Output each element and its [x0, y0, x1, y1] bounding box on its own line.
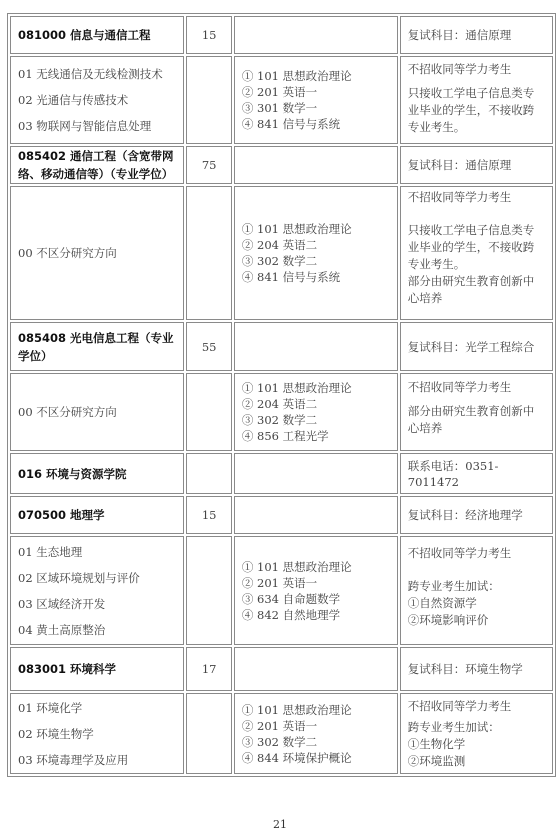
- exam-subject: ② 204 英语二: [242, 396, 390, 412]
- exam-subject: ④ 841 信号与系统: [242, 116, 390, 132]
- exam-subject: ④ 844 环境保护概论: [242, 750, 390, 766]
- research-directions: 01 环境化学 02 环境生物学 03 环境毒理学及应用: [10, 693, 184, 774]
- exam-subject: ② 201 英语一: [242, 84, 390, 100]
- direction-item: 03 环境毒理学及应用: [18, 752, 176, 768]
- direction-row: 01 环境化学 02 环境生物学 03 环境毒理学及应用 ① 101 思想政治理…: [10, 693, 553, 774]
- retest-note: 复试科目：通信原理: [400, 16, 553, 54]
- quota: [186, 186, 232, 320]
- direction-item: 02 环境生物学: [18, 726, 176, 742]
- direction-item: 01 无线通信及无线检测技术: [18, 66, 176, 82]
- research-directions: 00 不区分研究方向: [10, 373, 184, 451]
- quota: [186, 536, 232, 645]
- direction-item: 03 物联网与智能信息处理: [18, 118, 176, 134]
- exam-subject: ③ 302 数学二: [242, 412, 390, 428]
- exam-subjects: ① 101 思想政治理论 ② 204 英语二 ③ 302 数学二 ④ 841 信…: [234, 186, 398, 320]
- remark: 只接收工学电子信息类专业毕业的学生，不接收跨专业考生。: [408, 85, 545, 136]
- remarks: 不招收同等学力考生 只接收工学电子信息类专业毕业的学生，不接收跨专业考生。 部分…: [400, 186, 553, 320]
- research-directions: 00 不区分研究方向: [10, 186, 184, 320]
- exam-subject: ③ 302 数学二: [242, 734, 390, 750]
- major-name: 085408 光电信息工程（专业学位）: [10, 322, 184, 371]
- remark: 跨专业考生加试：: [408, 578, 545, 595]
- direction-item: 01 生态地理: [18, 544, 176, 560]
- major-row: 083001 环境科学 17 复试科目：环境生物学: [10, 647, 553, 691]
- college-name: 016 环境与资源学院: [10, 453, 184, 494]
- exam-subject: ③ 301 数学一: [242, 100, 390, 116]
- retest-note: 复试科目：环境生物学: [400, 647, 553, 691]
- quota: [186, 373, 232, 451]
- quota: 17: [186, 647, 232, 691]
- retest-note: 复试科目：通信原理: [400, 146, 553, 184]
- quota: [186, 693, 232, 774]
- exam-subjects: [234, 16, 398, 54]
- page-number: 21: [0, 818, 560, 831]
- remark: ①生物化学: [408, 736, 545, 753]
- major-name: 083001 环境科学: [10, 647, 184, 691]
- remark: ①自然资源学: [408, 595, 545, 612]
- major-row: 070500 地理学 15 复试科目：经济地理学: [10, 496, 553, 534]
- exam-subject: ② 204 英语二: [242, 237, 390, 253]
- remark: 不招收同等学力考生: [408, 61, 545, 78]
- major-name: 081000 信息与通信工程: [10, 16, 184, 54]
- quota: 15: [186, 496, 232, 534]
- direction-row: 01 生态地理 02 区域环境规划与评价 03 区域经济开发 04 黄土高原整治…: [10, 536, 553, 645]
- remark: 跨专业考生加试：: [408, 719, 545, 736]
- major-row: 085402 通信工程（含宽带网络、移动通信等）（专业学位） 75 复试科目：通…: [10, 146, 553, 184]
- exam-subject: ① 101 思想政治理论: [242, 380, 390, 396]
- remark: 不招收同等学力考生: [408, 545, 545, 562]
- remark: 部分由研究生教育创新中心培养: [408, 273, 545, 307]
- remark: 不招收同等学力考生: [408, 379, 545, 396]
- quota: [186, 453, 232, 494]
- contact-phone: 联系电话：0351-7011472: [400, 453, 553, 494]
- exam-subjects: ① 101 思想政治理论 ② 204 英语二 ③ 302 数学二 ④ 856 工…: [234, 373, 398, 451]
- research-directions: 01 生态地理 02 区域环境规划与评价 03 区域经济开发 04 黄土高原整治: [10, 536, 184, 645]
- exam-subject: ① 101 思想政治理论: [242, 68, 390, 84]
- exam-subjects: [234, 146, 398, 184]
- retest-note: 复试科目：光学工程综合: [400, 322, 553, 371]
- retest-note: 复试科目：经济地理学: [400, 496, 553, 534]
- college-row: 016 环境与资源学院 联系电话：0351-7011472: [10, 453, 553, 494]
- exam-subject: ④ 856 工程光学: [242, 428, 390, 444]
- direction-item: 02 光通信与传感技术: [18, 92, 176, 108]
- quota: [186, 56, 232, 144]
- remarks: 不招收同等学力考生 只接收工学电子信息类专业毕业的学生，不接收跨专业考生。: [400, 56, 553, 144]
- exam-subject: ① 101 思想政治理论: [242, 221, 390, 237]
- exam-subject: ① 101 思想政治理论: [242, 702, 390, 718]
- remarks: 不招收同等学力考生 部分由研究生教育创新中心培养: [400, 373, 553, 451]
- exam-subject: ② 201 英语一: [242, 718, 390, 734]
- exam-subject: ② 201 英语一: [242, 575, 390, 591]
- exam-subject: ③ 302 数学二: [242, 253, 390, 269]
- major-name: 085402 通信工程（含宽带网络、移动通信等）（专业学位）: [10, 146, 184, 184]
- direction-item: 02 区域环境规划与评价: [18, 570, 176, 586]
- quota: 15: [186, 16, 232, 54]
- direction-item: 00 不区分研究方向: [18, 245, 176, 261]
- exam-subject: ④ 841 信号与系统: [242, 269, 390, 285]
- direction-item: 00 不区分研究方向: [18, 404, 176, 420]
- admission-catalog-table: 081000 信息与通信工程 15 复试科目：通信原理 01 无线通信及无线检测…: [7, 13, 556, 777]
- direction-row: 00 不区分研究方向 ① 101 思想政治理论 ② 204 英语二 ③ 302 …: [10, 373, 553, 451]
- exam-subjects: [234, 322, 398, 371]
- exam-subjects: [234, 647, 398, 691]
- exam-subjects: [234, 496, 398, 534]
- remark: 部分由研究生教育创新中心培养: [408, 403, 545, 437]
- remarks: 不招收同等学力考生 跨专业考生加试： ①生物化学 ②环境监测: [400, 693, 553, 774]
- exam-subject: ① 101 思想政治理论: [242, 559, 390, 575]
- remark: ②环境监测: [408, 753, 545, 770]
- research-directions: 01 无线通信及无线检测技术 02 光通信与传感技术 03 物联网与智能信息处理: [10, 56, 184, 144]
- remark: 只接收工学电子信息类专业毕业的学生，不接收跨专业考生。: [408, 222, 545, 273]
- remarks: 不招收同等学力考生 跨专业考生加试： ①自然资源学 ②环境影响评价: [400, 536, 553, 645]
- direction-row: 00 不区分研究方向 ① 101 思想政治理论 ② 204 英语二 ③ 302 …: [10, 186, 553, 320]
- major-name: 070500 地理学: [10, 496, 184, 534]
- exam-subjects: ① 101 思想政治理论 ② 201 英语一 ③ 634 自命题数学 ④ 842…: [234, 536, 398, 645]
- direction-item: 04 黄土高原整治: [18, 622, 176, 638]
- exam-subjects: ① 101 思想政治理论 ② 201 英语一 ③ 302 数学二 ④ 844 环…: [234, 693, 398, 774]
- exam-subject: ④ 842 自然地理学: [242, 607, 390, 623]
- exam-subject: ③ 634 自命题数学: [242, 591, 390, 607]
- direction-item: 01 环境化学: [18, 700, 176, 716]
- quota: 55: [186, 322, 232, 371]
- direction-item: 03 区域经济开发: [18, 596, 176, 612]
- major-row: 085408 光电信息工程（专业学位） 55 复试科目：光学工程综合: [10, 322, 553, 371]
- direction-row: 01 无线通信及无线检测技术 02 光通信与传感技术 03 物联网与智能信息处理…: [10, 56, 553, 144]
- remark: ②环境影响评价: [408, 612, 545, 629]
- major-row: 081000 信息与通信工程 15 复试科目：通信原理: [10, 16, 553, 54]
- exam-subjects: ① 101 思想政治理论 ② 201 英语一 ③ 301 数学一 ④ 841 信…: [234, 56, 398, 144]
- remark: 不招收同等学力考生: [408, 698, 545, 715]
- exam-subjects: [234, 453, 398, 494]
- quota: 75: [186, 146, 232, 184]
- remark: 不招收同等学力考生: [408, 189, 545, 206]
